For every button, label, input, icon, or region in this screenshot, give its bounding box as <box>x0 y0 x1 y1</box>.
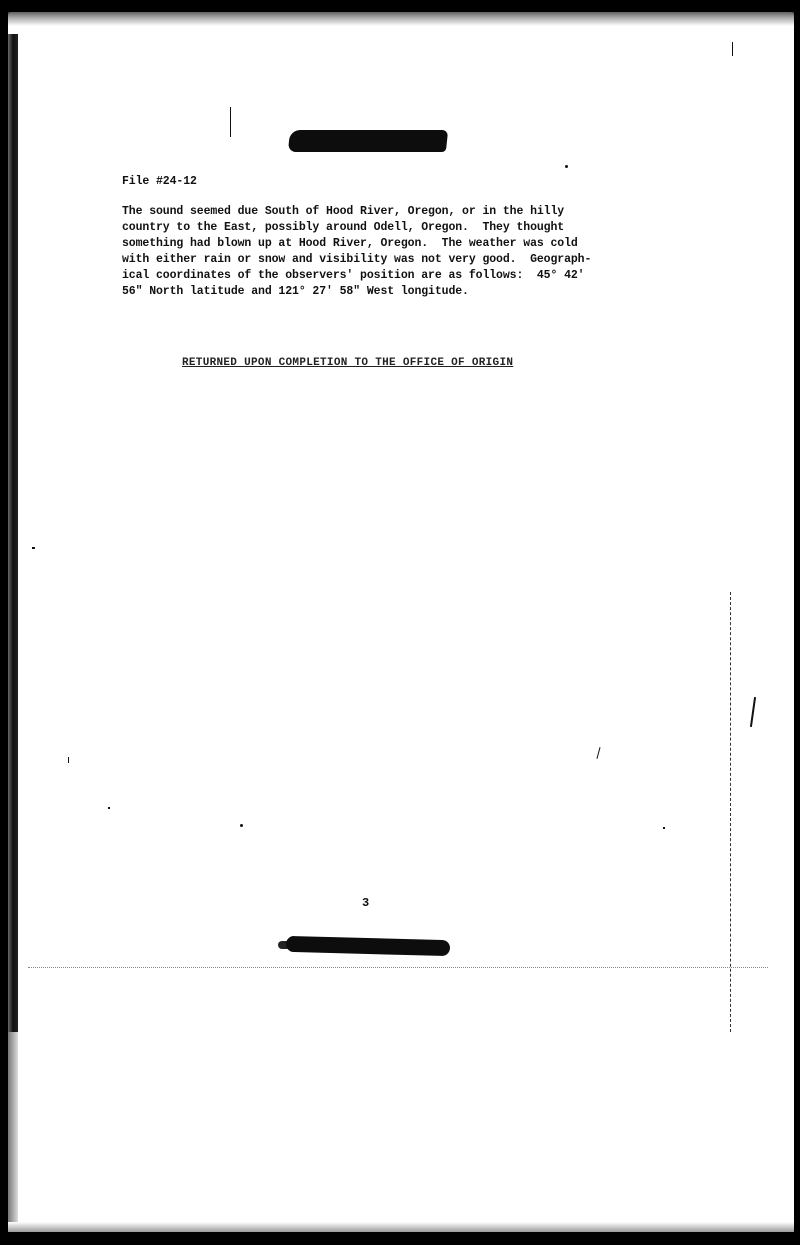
scan-mark <box>32 547 35 549</box>
scan-top-edge <box>8 12 794 26</box>
body-line: 56" North latitude and 121° 27' 58" West… <box>122 284 642 300</box>
return-instruction: RETURNED UPON COMPLETION TO THE OFFICE O… <box>182 357 513 369</box>
redacted-classification-top <box>288 130 448 152</box>
scan-mark <box>663 827 665 829</box>
body-line: ical coordinates of the observers' posit… <box>122 268 642 284</box>
body-line: something had blown up at Hood River, Or… <box>122 236 642 252</box>
scan-left-edge <box>8 34 18 1034</box>
fold-line <box>730 592 731 1032</box>
scan-mark <box>240 824 243 827</box>
body-line: The sound seemed due South of Hood River… <box>122 204 642 220</box>
scan-mark <box>732 42 733 56</box>
body-line: country to the East, possibly around Ode… <box>122 220 642 236</box>
redacted-classification-bottom <box>286 936 450 956</box>
scan-mark <box>596 747 600 759</box>
scan-mark <box>230 107 231 137</box>
body-line: with either rain or snow and visibility … <box>122 252 642 268</box>
page-number: 3 <box>362 896 369 910</box>
scan-mark <box>565 165 568 168</box>
file-number: File #24-12 <box>122 175 197 188</box>
scan-left-grain <box>8 1032 18 1232</box>
scan-mark <box>750 697 756 727</box>
dotted-crease <box>28 967 768 968</box>
document-page: File #24-12 The sound seemed due South o… <box>8 12 794 1232</box>
scan-bottom-edge <box>8 1222 794 1232</box>
body-paragraph: The sound seemed due South of Hood River… <box>122 204 642 300</box>
scan-mark <box>68 757 69 763</box>
scan-mark <box>108 807 110 809</box>
